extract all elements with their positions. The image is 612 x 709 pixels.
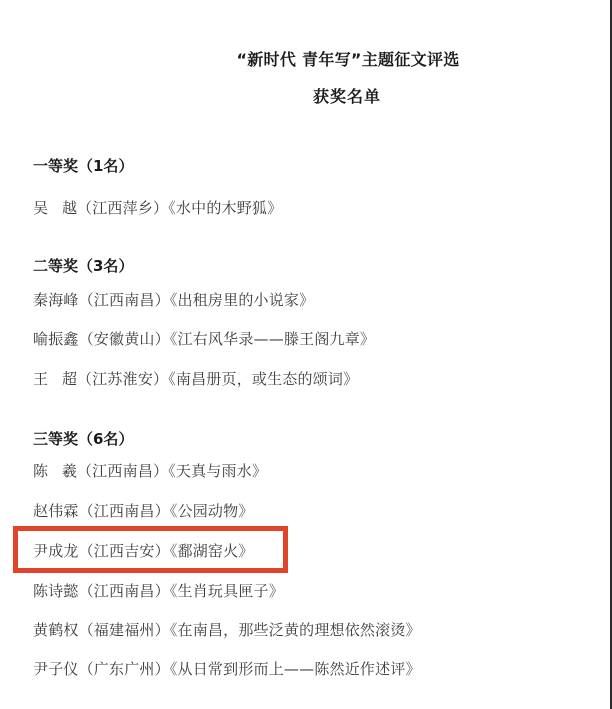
- winner-work: 《天真与雨水》: [168, 462, 267, 480]
- list-item: 陈羲（江西南昌）《天真与雨水》: [33, 460, 267, 481]
- winner-location: （江西南昌）: [77, 462, 168, 480]
- winner-work: 《公园动物》: [170, 502, 254, 520]
- winner-name: 赵伟霖: [33, 500, 79, 521]
- winner-location: （安徽黄山）: [79, 330, 170, 348]
- winner-work: 《出租房里的小说家》: [170, 291, 315, 309]
- winner-name: 秦海峰: [33, 289, 79, 310]
- winner-location: （江西南昌）: [79, 502, 170, 520]
- list-item: 黄鹤权（福建福州）《在南昌，那些泛黄的理想依然滚烫》: [33, 619, 421, 640]
- winner-location: （江西萍乡）: [77, 199, 168, 217]
- winner-location: （江西南昌）: [79, 582, 170, 600]
- winner-location: （广东广州）: [79, 660, 170, 678]
- winner-name: 喻振鑫: [33, 328, 79, 349]
- winner-work: 《从日常到形而上——陈然近作述评》: [170, 660, 421, 678]
- list-item: 喻振鑫（安徽黄山）《江右风华录——滕王阁九章》: [33, 328, 375, 349]
- award-heading-first: 一等奖（1名）: [33, 155, 133, 176]
- winner-work: 《在南昌，那些泛黄的理想依然滚烫》: [170, 621, 421, 639]
- winner-work: 《生肖玩具匣子》: [170, 582, 284, 600]
- list-item: 秦海峰（江西南昌）《出租房里的小说家》: [33, 289, 314, 310]
- list-item: 陈诗懿（江西南昌）《生肖玩具匣子》: [33, 580, 284, 601]
- winner-name: 尹子仪: [33, 658, 79, 679]
- winner-location: （江西南昌）: [79, 291, 170, 309]
- list-item: 王超（江苏淮安）《南昌册页，或生态的颂词》: [33, 368, 358, 389]
- list-item: 尹子仪（广东广州）《从日常到形而上——陈然近作述评》: [33, 658, 421, 679]
- award-heading-second: 二等奖（3名）: [33, 255, 133, 276]
- award-heading-third: 三等奖（6名）: [33, 428, 133, 449]
- winner-location: （福建福州）: [79, 621, 170, 639]
- winner-work: 《江右风华录——滕王阁九章》: [170, 330, 375, 348]
- highlight-box: [13, 526, 288, 573]
- winner-work: 《水中的木野狐》: [168, 199, 282, 217]
- winner-name: 黄鹤权: [33, 619, 79, 640]
- winner-name: 陈诗懿: [33, 580, 79, 601]
- winner-location: （江苏淮安）: [77, 370, 168, 388]
- document-page: “新时代 青年写”主题征文评选 获奖名单 一等奖（1名） 吴越（江西萍乡）《水中…: [0, 0, 612, 709]
- document-title: “新时代 青年写”主题征文评选: [232, 47, 464, 70]
- list-item: 吴越（江西萍乡）《水中的木野狐》: [33, 197, 282, 218]
- winner-work: 《南昌册页，或生态的颂词》: [168, 370, 358, 388]
- list-item: 赵伟霖（江西南昌）《公园动物》: [33, 500, 254, 521]
- document-subtitle: 获奖名单: [297, 84, 397, 107]
